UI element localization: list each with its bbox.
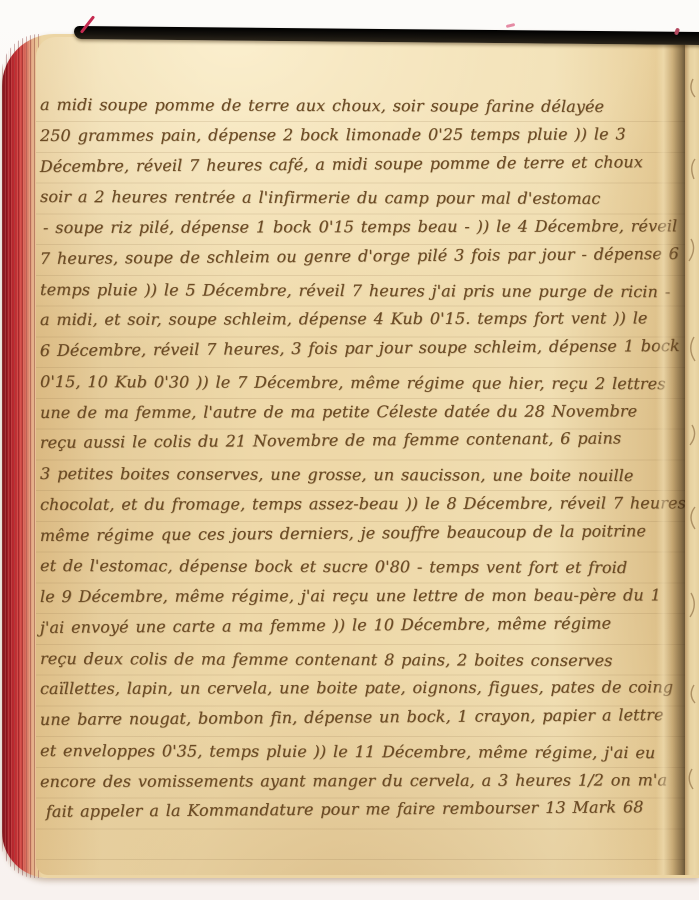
handwritten-line: reçu aussi le colis du 21 Novembre de ma… <box>40 423 688 459</box>
scanned-diary-photo: a midi soupe pomme de terre aux choux, s… <box>0 0 699 900</box>
handwriting-block: a midi soupe pomme de terre aux choux, s… <box>40 90 688 828</box>
notebook: a midi soupe pomme de terre aux choux, s… <box>2 34 699 878</box>
handwritten-line: 0'15, 10 Kub 0'30 )) le 7 Décembre, même… <box>40 367 688 400</box>
page-gutter-shadow <box>656 37 686 875</box>
handwritten-line: 7 heures, soupe de schleim ou genre d'or… <box>40 239 688 275</box>
handwritten-line: 6 Décembre, réveil 7 heures, 3 fois par … <box>40 331 688 367</box>
handwritten-line: Décembre, réveil 7 heures café, a midi s… <box>40 146 688 182</box>
adjacent-page-strip <box>685 37 699 875</box>
adjacent-page-writing-fragments <box>685 37 699 875</box>
handwritten-line: et enveloppes 0'35, temps pluie )) le 11… <box>40 736 688 769</box>
handwritten-line: temps pluie )) le 5 Décembre, réveil 7 h… <box>40 275 688 308</box>
handwritten-line: reçu deux colis de ma femme contenant 8 … <box>40 644 688 677</box>
handwritten-line: a midi soupe pomme de terre aux choux, s… <box>40 90 688 123</box>
handwritten-line: 3 petites boites conserves, une grosse, … <box>40 459 688 492</box>
notebook-page: a midi soupe pomme de terre aux choux, s… <box>36 37 699 875</box>
book-red-page-edges <box>2 34 40 878</box>
handwritten-line: une barre nougat, bombon fin, dépense un… <box>40 700 688 736</box>
handwritten-line: et de l'estomac, dépense bock et sucre 0… <box>40 551 688 584</box>
handwritten-line: soir a 2 heures rentrée a l'infirmerie d… <box>40 182 688 215</box>
handwritten-line: j'ai envoyé une carte a ma femme )) le 1… <box>40 608 688 644</box>
handwritten-line: chocolat, et du fromage, temps assez-bea… <box>40 488 688 520</box>
paper-artifact <box>506 23 515 28</box>
handwritten-line: fait appeler a la Kommandature pour me f… <box>40 792 688 828</box>
handwritten-line: même régime que ces jours derniers, je s… <box>40 515 688 551</box>
handwritten-line: 250 grammes pain, dépense 2 bock limonad… <box>40 119 688 151</box>
